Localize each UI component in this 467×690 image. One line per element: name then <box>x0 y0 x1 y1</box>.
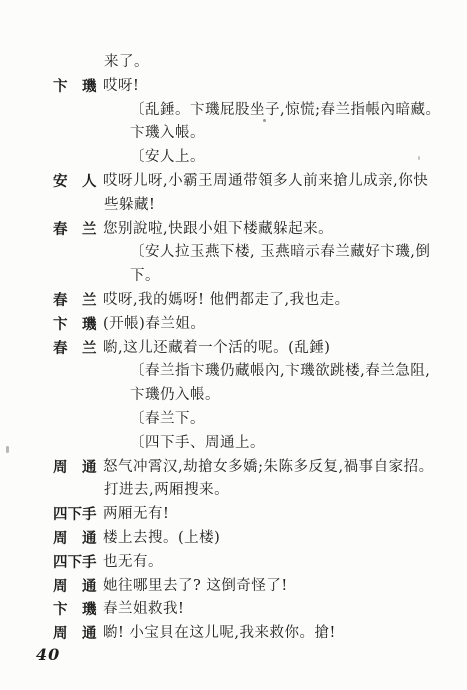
dialogue-text: 喲,这儿还藏着一个活的呢。(乱錘) <box>103 340 330 356</box>
dialogue-text: 也无有。 <box>103 554 163 570</box>
script-line: 四下手也无有。 <box>0 551 467 575</box>
dialogue-continuation-line: 些躲藏! <box>0 194 467 218</box>
script-line: 周 通怒气冲霄汉,劫搶女多嬌;朱陈多反复,禍事自家招。 <box>0 456 467 480</box>
speaker-name: 卞 璣 <box>53 75 103 99</box>
stage-direction-continuation: 卞璣入帳。 <box>0 122 467 146</box>
ink-speck <box>418 156 420 160</box>
speaker-name: 周 通 <box>53 456 103 480</box>
speaker-name: 春 兰 <box>53 218 103 242</box>
script-line: 春 兰哎呀,我的媽呀! 他們都走了,我也走。 <box>0 289 467 313</box>
dialogue-text: 来了。 <box>104 54 149 70</box>
speaker-name: 周 通 <box>53 622 103 646</box>
dialogue-text: 她往哪里去了? 这倒奇怪了! <box>103 578 288 594</box>
stage-direction-line: 〔安人拉玉燕下楼, 玉燕暗示春兰藏好卞璣,倒 <box>0 241 467 265</box>
script-line: 四下手两厢无有! <box>0 503 467 527</box>
dialogue-text: 哎呀! <box>103 78 139 94</box>
dialogue-text: 哎呀,我的媽呀! 他們都走了,我也走。 <box>103 292 350 308</box>
stage-direction-text: 〔安人上。 <box>130 149 205 165</box>
dialogue-text: 喲! 小宝貝在这儿呢,我来救你。搶! <box>103 625 336 641</box>
script-line: 周 通她往哪里去了? 这倒奇怪了! <box>0 575 467 599</box>
stage-direction-line: 〔春兰指卞璣仍藏帳內,卞璣欲跳楼,春兰急阻, <box>0 360 467 384</box>
speaker-name: 周 通 <box>53 575 103 599</box>
script-line: 安 人哎呀儿呀,小霸王周通带領多人前来搶儿成亲,你快 <box>0 170 467 194</box>
dialogue-text: 楼上去搜。(上楼) <box>103 530 220 546</box>
script-book-page: 来了。 卞 璣哎呀! 〔乱錘。卞璣屁股坐子,惊慌;春兰指帳內暗藏。 卞璣入帳。 … <box>0 0 467 690</box>
dialogue-text: 打进去,两厢搜来。 <box>104 482 229 498</box>
stage-direction-continuation: 下。 <box>0 265 467 289</box>
stage-direction-text: 〔乱錘。卞璣屁股坐子,惊慌;春兰指帳內暗藏。 <box>130 102 441 118</box>
dialogue-text: 哎呀儿呀,小霸王周通带領多人前来搶儿成亲,你快 <box>103 173 428 189</box>
stage-direction-line: 〔乱錘。卞璣屁股坐子,惊慌;春兰指帳內暗藏。 <box>0 99 467 123</box>
script-line: 周 通喲! 小宝貝在这儿呢,我来救你。搶! <box>0 622 467 646</box>
stage-direction-text: 〔春兰指卞璣仍藏帳內,卞璣欲跳楼,春兰急阻, <box>130 363 430 379</box>
speaker-name: 四下手 <box>53 503 103 527</box>
stage-direction-line: 〔四下手、周通上。 <box>0 432 467 456</box>
script-line: 春 兰您别說啦,快跟小姐下楼藏躲起来。 <box>0 218 467 242</box>
stage-direction-text: 卞璣仍入帳。 <box>130 387 220 403</box>
dialogue-text: 您别說啦,快跟小姐下楼藏躲起来。 <box>103 221 333 237</box>
script-line: 卞 璣春兰姐救我! <box>0 598 467 622</box>
script-line: 周 通楼上去搜。(上楼) <box>0 527 467 551</box>
speaker-name: 周 通 <box>53 527 103 551</box>
speaker-name: 卞 璣 <box>53 313 103 337</box>
script-line: 春 兰喲,这儿还藏着一个活的呢。(乱錘) <box>0 337 467 361</box>
script-line: 卞 璣(开帳)春兰姐。 <box>0 313 467 337</box>
speaker-name: 安 人 <box>53 170 103 194</box>
speaker-name: 春 兰 <box>53 289 103 313</box>
stage-direction-line: 〔安人上。 <box>0 146 467 170</box>
stage-direction-text: 卞璣入帳。 <box>130 125 205 141</box>
speaker-name: 春 兰 <box>53 337 103 361</box>
stage-direction-text: 〔安人拉玉燕下楼, 玉燕暗示春兰藏好卞璣,倒 <box>130 244 430 260</box>
dialogue-text: 怒气冲霄汉,劫搶女多嬌;朱陈多反复,禍事自家招。 <box>103 459 434 475</box>
stage-direction-text: 〔四下手、周通上。 <box>130 435 265 451</box>
stage-direction-continuation: 卞璣仍入帳。 <box>0 384 467 408</box>
dialogue-continuation-line: 打进去,两厢搜来。 <box>0 479 467 503</box>
dialogue-text: (开帳)春兰姐。 <box>103 316 205 332</box>
dialogue-text: 些躲藏! <box>104 197 155 213</box>
stage-direction-line: 〔春兰下。 <box>0 408 467 432</box>
ink-speck <box>263 119 266 122</box>
ink-speck <box>6 446 9 453</box>
speaker-name: 四下手 <box>53 551 103 575</box>
page-number: 40 <box>36 645 60 664</box>
script-line: 卞 璣哎呀! <box>0 75 467 99</box>
speaker-name: 卞 璣 <box>53 598 103 622</box>
stage-direction-text: 〔春兰下。 <box>130 411 205 427</box>
dialogue-text: 两厢无有! <box>103 506 169 522</box>
dialogue-continuation-line: 来了。 <box>0 51 467 75</box>
stage-direction-text: 下。 <box>130 268 160 284</box>
dialogue-text: 春兰姐救我! <box>103 601 184 617</box>
script-text-block: 来了。 卞 璣哎呀! 〔乱錘。卞璣屁股坐子,惊慌;春兰指帳內暗藏。 卞璣入帳。 … <box>0 51 467 646</box>
